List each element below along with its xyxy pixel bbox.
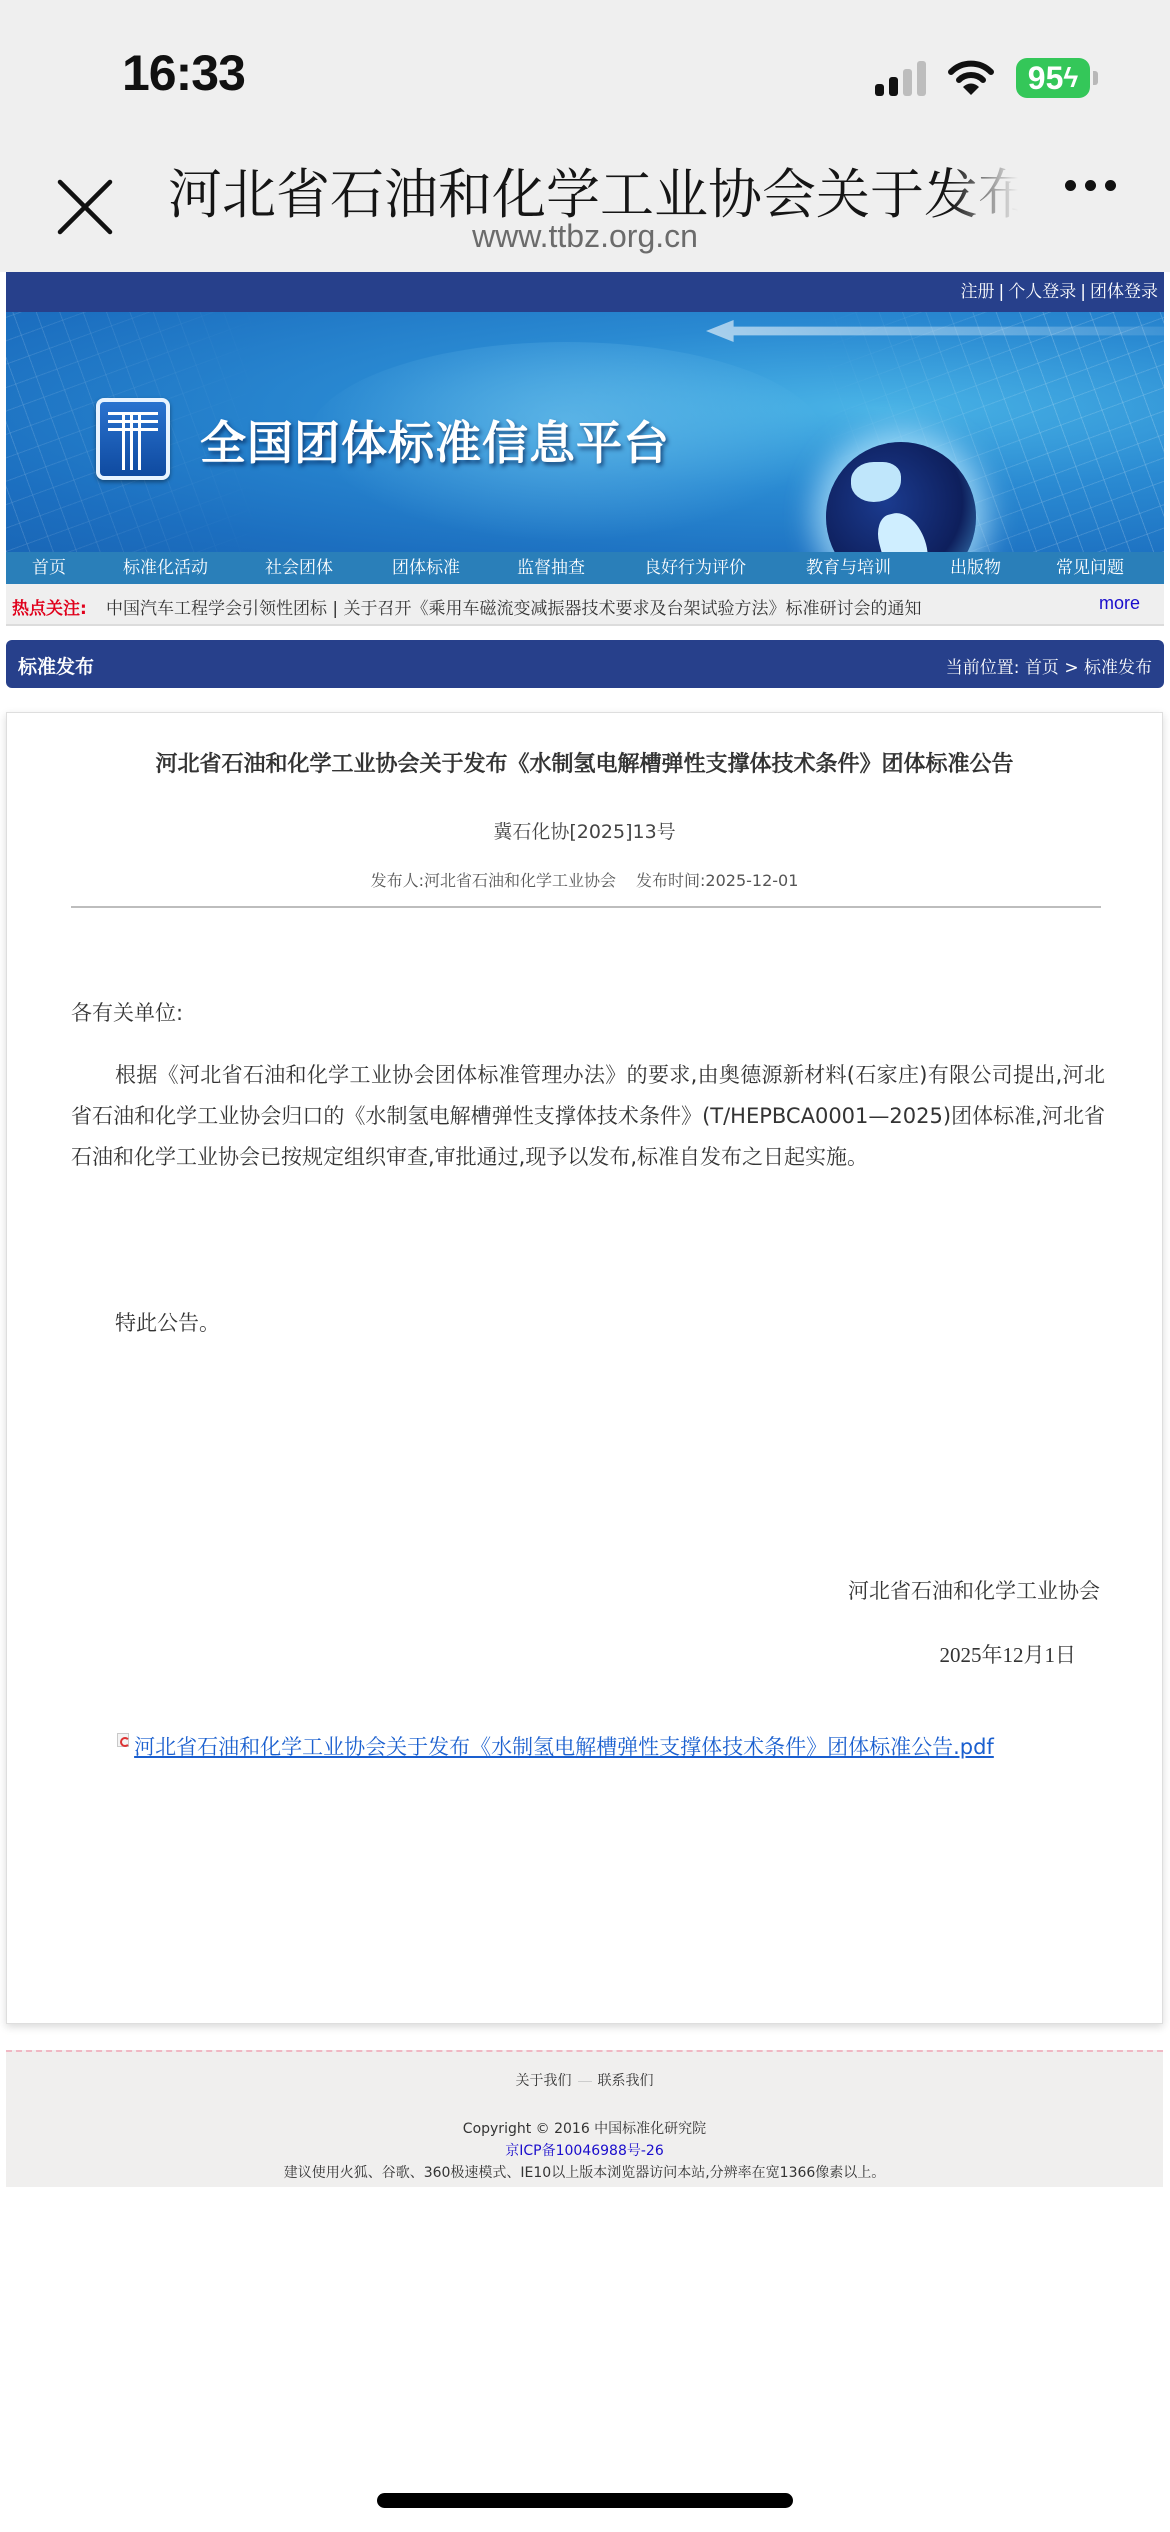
cellular-signal-icon [875,60,926,96]
site-logo-icon[interactable] [96,398,170,480]
account-links-bar: 注册|个人登录|团体登录 [6,272,1164,312]
browser-chrome: 16:33 95ϟ 河北省石油和化学工业协会关于发布《水制氢电解槽弹性支撑体技术… [0,0,1170,272]
wifi-icon [948,60,994,96]
icp-link[interactable]: 京ICP备10046988号-26 [6,2140,1163,2160]
article-paragraph: 根据《河北省石油和化学工业协会团体标准管理办法》的要求,由奥德源新材料(石家庄)… [71,1055,1105,1178]
main-nav: 首页 标准化活动 社会团体 团体标准 监督抽查 良好行为评价 教育与培训 出版物… [6,552,1164,584]
document-number: 冀石化协[2025]13号 [7,817,1162,844]
contact-us-link[interactable]: 联系我们 [598,2073,654,2089]
attachment-link[interactable]: 河北省石油和化学工业协会关于发布《水制氢电解槽弹性支撑体技术条件》团体标准公告.… [134,1735,994,1759]
nav-home[interactable]: 首页 [32,552,66,584]
breadcrumb-separator: > [1064,658,1078,678]
hot-topics-bar: 热点关注: 中国汽车工程学会引领性团标 | 关于召开《乘用车磁流变减振器技术要求… [6,584,1164,626]
personal-login-link[interactable]: 个人登录 [1008,282,1076,302]
nav-publications[interactable]: 出版物 [950,552,1001,584]
breadcrumb-current[interactable]: 标准发布 [1084,658,1152,678]
salutation: 各有关单位: [71,993,1105,1034]
publisher-label: 发布人: [371,871,424,890]
pdf-file-icon [117,1733,129,1747]
signer: 河北省石油和化学工业协会 [848,1571,1100,1612]
breadcrumb-home[interactable]: 首页 [1025,658,1059,678]
attachment: 河北省石油和化学工业协会关于发布《水制氢电解槽弹性支撑体技术条件》团体标准公告.… [117,1731,994,1761]
article-title: 河北省石油和化学工业协会关于发布《水制氢电解槽弹性支撑体技术条件》团体标准公告 [7,747,1162,778]
copyright: Copyright © 2016 中国标准化研究院 [6,2118,1163,2138]
site-name[interactable]: 全国团体标准信息平台 [200,407,670,473]
site-banner: 全国团体标准信息平台 [6,312,1164,552]
publisher: 河北省石油和化学工业协会 [424,871,616,890]
publish-date: 2025-12-01 [705,871,798,890]
section-title: 标准发布 [18,652,94,679]
nav-group-standards[interactable]: 团体标准 [392,552,460,584]
nav-education-training[interactable]: 教育与培训 [806,552,891,584]
breadcrumb: 当前位置: 首页 > 标准发布 [946,653,1152,678]
divider: | [999,282,1005,302]
battery-percent: 95 [1028,60,1064,97]
nav-faq[interactable]: 常见问题 [1056,552,1124,584]
section-header: 标准发布 当前位置: 首页 > 标准发布 [6,640,1164,688]
divider [71,906,1101,908]
group-login-link[interactable]: 团体登录 [1090,282,1158,302]
page-url: www.ttbz.org.cn [0,218,1170,255]
more-icon[interactable] [1065,180,1116,191]
hot-topics-label: 热点关注: [12,594,87,619]
hot-topics-ticker[interactable]: 中国汽车工程学会引领性团标 | 关于召开《乘用车磁流变减振器技术要求及台架试验方… [106,594,922,619]
nav-standardization-activities[interactable]: 标准化活动 [123,552,208,584]
register-link[interactable]: 注册 [961,282,995,302]
publish-date-label: 发布时间: [636,871,705,890]
divider: | [1080,282,1086,302]
site-footer: 关于我们联系我们 Copyright © 2016 中国标准化研究院 京ICP备… [6,2050,1163,2187]
closing-line: 特此公告。 [115,1303,1149,1344]
nav-supervision[interactable]: 监督抽查 [517,552,585,584]
home-indicator[interactable] [377,2493,793,2508]
hot-topics-more-link[interactable]: more [1099,593,1140,614]
about-us-link[interactable]: 关于我们 [516,2073,572,2089]
footer-links: 关于我们联系我们 [6,2070,1163,2090]
article-card: 河北省石油和化学工业协会关于发布《水制氢电解槽弹性支撑体技术条件》团体标准公告 … [6,712,1163,2024]
status-time: 16:33 [122,44,245,102]
breadcrumb-prefix: 当前位置: [946,658,1020,678]
nav-social-groups[interactable]: 社会团体 [265,552,333,584]
sign-date: 2025年12月1日 [940,1635,1077,1676]
browser-hint: 建议使用火狐、谷歌、360极速模式、IE10以上版本浏览器访问本站,分辨率在宽1… [6,2162,1163,2182]
status-icons: 95ϟ [875,58,1090,98]
divider [578,2081,592,2082]
nav-good-behavior-evaluation[interactable]: 良好行为评价 [644,552,746,584]
battery-icon: 95ϟ [1016,58,1090,98]
article-meta: 发布人:河北省石油和化学工业协会发布时间:2025-12-01 [7,868,1162,891]
